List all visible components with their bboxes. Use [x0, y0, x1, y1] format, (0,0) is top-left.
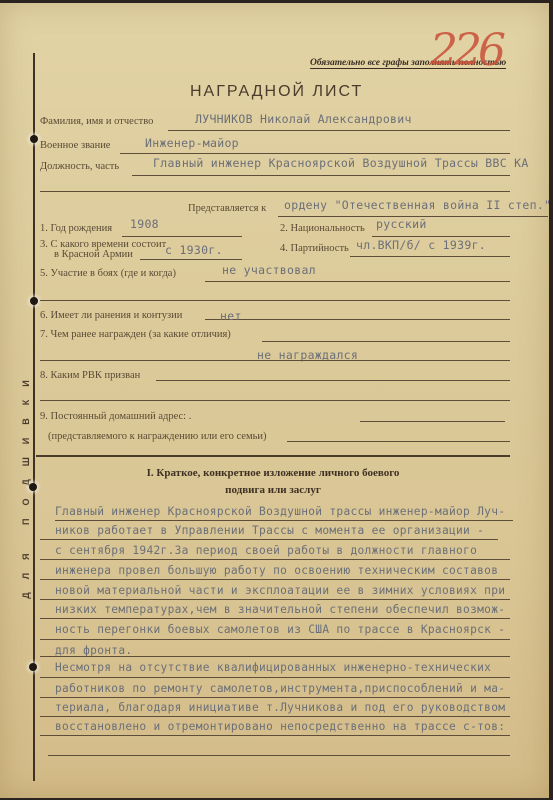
- prior-awards-label: 7. Чем ранее награжден (за какие отличия…: [40, 329, 231, 340]
- position-value: Главный инженер Красноярской Воздушной Т…: [153, 156, 529, 170]
- prior-awards-underline-2: [40, 360, 510, 361]
- rank-underline: [120, 153, 510, 154]
- wounds-label: 6. Имеет ли ранения и контузии: [40, 310, 182, 321]
- party-label: 4. Партийность: [280, 243, 349, 254]
- address-underline-2: [287, 441, 510, 442]
- rank-label: Военное звание: [40, 140, 110, 151]
- wounds-value: нет: [220, 309, 242, 323]
- body-rule: [40, 656, 510, 657]
- section-1-title: I. Краткое, конкретное изложение личного…: [36, 467, 510, 479]
- body-line: с сентября 1942г.За период своей работы …: [55, 544, 477, 557]
- party-underline: [350, 256, 510, 257]
- nominated-label: Представляется к: [188, 203, 266, 214]
- address-sublabel: (представляемого к награждению или его с…: [48, 431, 267, 442]
- party-value: чл.ВКП/б/ с 1939г.: [356, 238, 486, 252]
- battles-underline-2: [40, 300, 510, 301]
- prior-awards-underline: [262, 341, 510, 342]
- battles-value: не участвовал: [222, 263, 316, 277]
- page-title: НАГРАДНОЙ ЛИСТ: [190, 83, 363, 101]
- archive-number-stamp: 226: [430, 25, 502, 76]
- battles-underline: [205, 281, 510, 282]
- rvk-underline-2: [40, 400, 510, 401]
- body-line: териала, благодаря инициативе т.Лучников…: [55, 701, 505, 714]
- army-since-label: 3. С какого времени состоит в Красной Ар…: [40, 240, 166, 260]
- birth-year-label: 1. Год рождения: [40, 223, 112, 234]
- wounds-underline: [205, 319, 510, 320]
- body-line: восстановлено и отремонтировано непосред…: [55, 720, 505, 733]
- section-1-subtitle: подвига или заслуг: [36, 484, 510, 496]
- punch-hole-icon: [30, 135, 38, 143]
- body-rule: [40, 618, 510, 619]
- body-rule: [40, 677, 510, 678]
- award-sheet-page: ДЛЯ ПОДШИВКИ Обязательно все графы запол…: [0, 3, 549, 798]
- body-rule: [48, 755, 510, 756]
- name-underline: [168, 130, 510, 131]
- battles-label: 5. Участие в боях (где и когда): [40, 268, 176, 279]
- rank-value: Инженер-майор: [145, 136, 239, 150]
- position-label: Должность, часть: [40, 161, 119, 172]
- rvk-underline: [156, 380, 510, 381]
- body-rule: [40, 579, 510, 580]
- address-label: 9. Постоянный домашний адрес: .: [40, 411, 191, 422]
- body-line: ников работает в Управлении Трассы с мом…: [55, 524, 484, 537]
- body-line: Несмотря на отсутствие квалифицированных…: [55, 661, 491, 674]
- punch-hole-icon: [29, 663, 37, 671]
- rvk-label: 8. Каким РВК призван: [40, 370, 140, 381]
- position-underline-2: [40, 191, 510, 192]
- body-rule: [40, 639, 510, 640]
- nationality-value: русский: [376, 217, 427, 231]
- body-rule: [40, 716, 510, 717]
- section-divider: [36, 455, 510, 457]
- name-value: ЛУЧНИКОВ Николай Александрович: [195, 112, 412, 126]
- army-since-value: с 1930г.: [165, 243, 223, 257]
- address-underline: [360, 421, 505, 422]
- birth-year-underline: [122, 236, 242, 237]
- punch-hole-icon: [30, 297, 38, 305]
- nominated-value: ордену "Отечественная война II степ.": [284, 198, 551, 212]
- body-rule: [40, 599, 510, 600]
- body-line: инженера провел большую работу по освоен…: [55, 564, 498, 577]
- body-line: Главный инженер Красноярской Воздушной т…: [55, 505, 505, 518]
- nationality-label: 2. Национальность: [280, 223, 365, 234]
- body-line: работников по ремонту самолетов,инструме…: [55, 682, 505, 695]
- name-label: Фамилия, имя и отчество: [40, 116, 153, 127]
- nationality-underline: [372, 236, 510, 237]
- body-rule: [40, 735, 510, 736]
- body-rule: [40, 697, 510, 698]
- body-line: низких температурах,чем в значительной с…: [55, 603, 505, 616]
- body-line: ность перегонки боевых самолетов из США …: [55, 623, 505, 636]
- position-underline: [132, 175, 510, 176]
- birth-year-value: 1908: [130, 217, 159, 231]
- body-line: новой материальной части и эксплоатации …: [55, 584, 505, 597]
- body-rule: [40, 559, 510, 560]
- body-rule: [40, 539, 498, 540]
- army-since-underline: [140, 259, 242, 260]
- body-rule: [55, 520, 513, 521]
